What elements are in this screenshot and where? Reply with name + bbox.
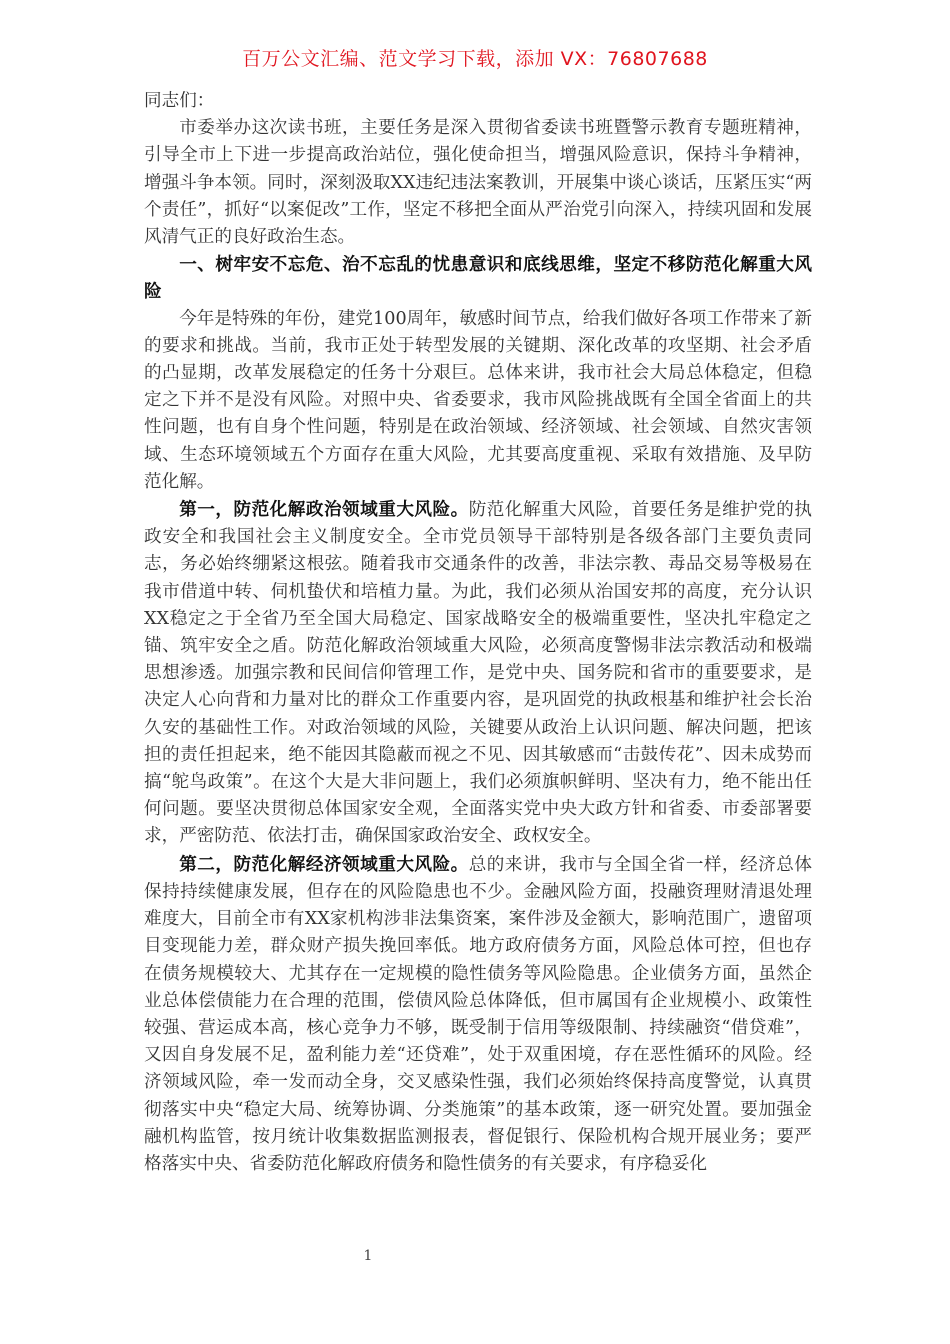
section-heading-1: 一、树牢安不忘危、治不忘乱的忧患意识和底线思维，坚定不移防范化解重大风险 bbox=[144, 251, 812, 305]
point-2-body: 总的来讲，我市与全国全省一样，经济总体保持持续健康发展，但存在的风险隐患也不少。… bbox=[144, 855, 812, 1174]
point-1-lead: 第一，防范化解政治领域重大风险。 bbox=[179, 499, 469, 520]
point-2-paragraph: 第二，防范化解经济领域重大风险。总的来讲，我市与全国全省一样，经济总体保持持续健… bbox=[144, 851, 812, 1178]
section-1-paragraph: 今年是特殊的年份，建党100周年，敏感时间节点，给我们做好各项工作带来了新的要求… bbox=[144, 306, 812, 496]
point-2-lead: 第二，防范化解经济领域重大风险。 bbox=[179, 854, 469, 875]
point-1-body: 防范化解重大风险，首要任务是维护党的执政安全和我国社会主义制度安全。全市党员领导… bbox=[144, 500, 812, 846]
document-body: 同志们： 市委举办这次读书班，主要任务是深入贯彻省委读书班暨警示教育专题班精神，… bbox=[144, 88, 812, 1178]
intro-paragraph: 市委举办这次读书班，主要任务是深入贯彻省委读书班暨警示教育专题班精神，引导全市上… bbox=[144, 115, 812, 251]
point-1-paragraph: 第一，防范化解政治领域重大风险。防范化解重大风险，首要任务是维护党的执政安全和我… bbox=[144, 496, 812, 851]
page-number: 1 bbox=[358, 1248, 378, 1264]
download-banner: 百万公文汇编、范文学习下载，添加 VX：76807688 bbox=[0, 44, 950, 71]
salutation: 同志们： bbox=[144, 88, 812, 115]
document-page: 百万公文汇编、范文学习下载，添加 VX：76807688 同志们： 市委举办这次… bbox=[0, 0, 950, 1344]
